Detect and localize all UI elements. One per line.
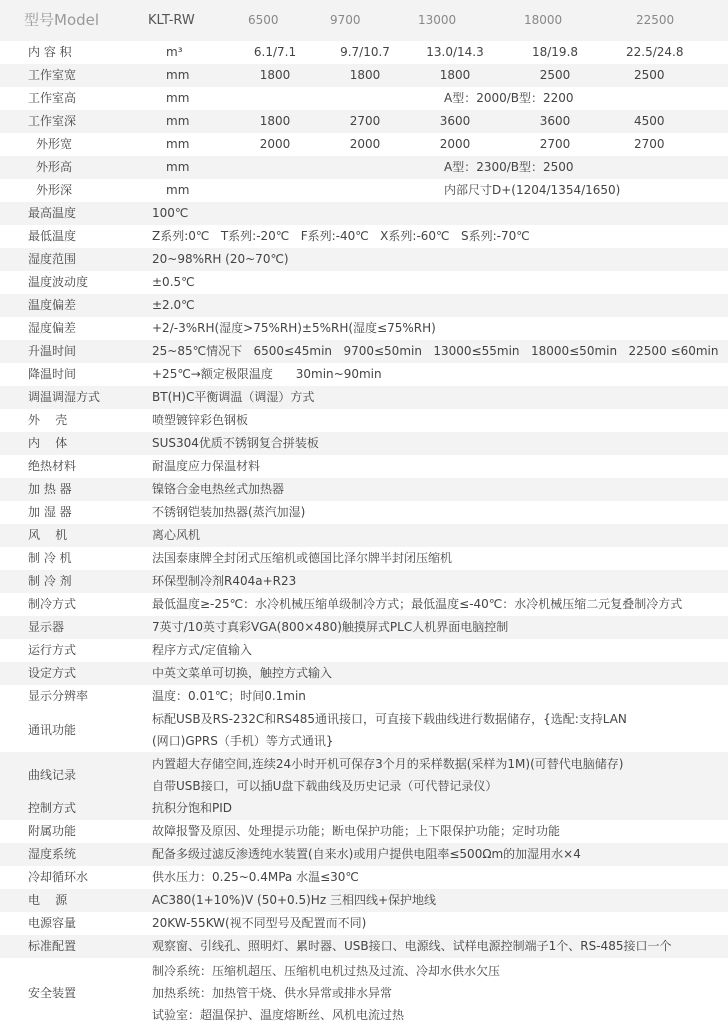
row-label: 降温时间 (0, 363, 146, 386)
row-label: 外形高 (0, 156, 140, 179)
row-value-line: 标配USB及RS-232C和RS485通讯接口，可直接下载曲线进行数据储存，{选… (152, 708, 728, 730)
row-value: 程序方式/定值输入 (146, 639, 728, 662)
cell-value: 2700 (500, 133, 610, 156)
row-label: 通讯功能 (0, 708, 146, 752)
table-row: 风 机离心风机 (0, 524, 728, 547)
table-row: 运行方式程序方式/定值输入 (0, 639, 728, 662)
row-label: 最低温度 (0, 225, 146, 248)
row-value: 抗积分饱和PID (146, 797, 728, 820)
table-header-row: 型号Model KLT-RW 6500 9700 13000 18000 225… (0, 0, 728, 41)
table-row: 温度偏差±2.0℃ (0, 294, 728, 317)
row-label: 工作室高 (0, 87, 140, 110)
spec-rows-group-safety: 安全装置 制冷系统：压缩机超压、压缩机电机过热及过流、冷却水供水欠压 加热系统：… (0, 958, 728, 1025)
cell-value: 2700 (320, 110, 410, 133)
spec-rows-group-2: 控制方式抗积分饱和PID附属功能故障报警及原因、处理提示功能；断电保护功能；上下… (0, 797, 728, 958)
row-value: 镍铬合金电热丝式加热器 (146, 478, 728, 501)
row-value-line: 内置超大存储空间,连续24小时开机可保存3个月的采样数据(采样为1M)(可替代电… (152, 753, 728, 775)
row-value: BT(H)C平衡调温（调湿）方式 (146, 386, 728, 409)
table-row: 内 容 积 m³ 6.1/7.1 9.7/10.7 13.0/14.3 18/1… (0, 41, 728, 64)
row-label: 标准配置 (0, 935, 146, 958)
row-label: 调温调湿方式 (0, 386, 146, 409)
cell-value: 2500 (610, 64, 728, 87)
row-label: 温度偏差 (0, 294, 146, 317)
cell-value: 1800 (230, 64, 320, 87)
row-label: 加 湿 器 (0, 501, 146, 524)
row-unit: mm (140, 133, 230, 156)
row-label: 湿度范围 (0, 248, 146, 271)
cell-value: 3600 (500, 110, 610, 133)
row-value: +2/-3%RH(湿度>75%RH)±5%RH(湿度≤75%RH) (146, 317, 728, 340)
row-label: 曲线记录 (0, 752, 146, 797)
spec-rows-group-comm: 通讯功能 标配USB及RS-232C和RS485通讯接口，可直接下载曲线进行数据… (0, 708, 728, 797)
table-row-comm: 通讯功能 标配USB及RS-232C和RS485通讯接口，可直接下载曲线进行数据… (0, 708, 728, 752)
row-label: 设定方式 (0, 662, 146, 685)
row-value: 配备多级过滤反渗透纯水装置(自来水)或用户提供电阻率≤500Ωm的加湿用水×4 (146, 843, 728, 866)
row-label: 冷却循环水 (0, 866, 146, 889)
spec-rows-group-1: 最高温度100℃最低温度Z系列:0℃ T系列:-20℃ F系列:-40℃ X系列… (0, 202, 728, 708)
table-row: 显示器7英寸/10英寸真彩VGA(800×480)触摸屏式PLC人机界面电脑控制 (0, 616, 728, 639)
row-value: 25~85℃情况下 6500≤45min 9700≤50min 13000≤55… (146, 340, 728, 363)
header-model-22500: 22500 (610, 0, 728, 41)
table-row: 湿度范围20~98%RH (20~70℃) (0, 248, 728, 271)
row-value: +25℃→额定极限温度 30min~90min (146, 363, 728, 386)
table-row: 湿度偏差+2/-3%RH(湿度>75%RH)±5%RH(湿度≤75%RH) (0, 317, 728, 340)
cell-value: 1800 (320, 64, 410, 87)
row-label: 工作室宽 (0, 64, 140, 87)
table-row: 工作室深 mm 1800 2700 3600 3600 4500 (0, 110, 728, 133)
table-row: 冷却循环水供水压力：0.25~0.4MPa 水温≤30℃ (0, 866, 728, 889)
row-value: 20~98%RH (20~70℃) (146, 248, 728, 271)
row-label: 外形深 (0, 179, 140, 202)
row-value: 20KW-55KW(视不同型号及配置而不同) (146, 912, 728, 935)
row-label: 安全装置 (0, 958, 146, 1025)
table-row-curve: 曲线记录 内置超大存储空间,连续24小时开机可保存3个月的采样数据(采样为1M)… (0, 752, 728, 797)
cell-value: 2000 (410, 133, 500, 156)
table-row: 最低温度Z系列:0℃ T系列:-20℃ F系列:-40℃ X系列:-60℃ S系… (0, 225, 728, 248)
cell-value: 2700 (610, 133, 728, 156)
row-value: 环保型制冷剂R404a+R23 (146, 570, 728, 593)
header-model-6500: 6500 (230, 0, 320, 41)
cell-value: 9.7/10.7 (320, 41, 410, 64)
row-label: 湿度系统 (0, 843, 146, 866)
spec-detail-table: 最高温度100℃最低温度Z系列:0℃ T系列:-20℃ F系列:-40℃ X系列… (0, 202, 728, 1025)
cell-value: 2000 (320, 133, 410, 156)
table-row: 标准配置观察窗、引线孔、照明灯、累时器、USB接口、电源线、试样电源控制端子1个… (0, 935, 728, 958)
row-label: 工作室深 (0, 110, 140, 133)
table-row: 升温时间25~85℃情况下 6500≤45min 9700≤50min 1300… (0, 340, 728, 363)
cell-value: 13.0/14.3 (410, 41, 500, 64)
row-value: 故障报警及原因、处理提示功能；断电保护功能；上下限保护功能；定时功能 (146, 820, 728, 843)
row-value: 7英寸/10英寸真彩VGA(800×480)触摸屏式PLC人机界面电脑控制 (146, 616, 728, 639)
table-row: 内 体SUS304优质不锈钢复合拼装板 (0, 432, 728, 455)
row-label: 控制方式 (0, 797, 146, 820)
table-row: 制 冷 机法国泰康牌全封闭式压缩机或德国比泽尔牌半封闭压缩机 (0, 547, 728, 570)
row-value: 100℃ (146, 202, 728, 225)
row-label: 附属功能 (0, 820, 146, 843)
table-row: 显示分辨率温度：0.01℃；时间0.1min (0, 685, 728, 708)
table-row: 加 湿 器不锈钢铠装加热器(蒸汽加湿) (0, 501, 728, 524)
row-value: 喷塑镀锌彩色钢板 (146, 409, 728, 432)
row-label: 内 体 (0, 432, 146, 455)
table-row: 外形高 mm A型：2300/B型：2500 (0, 156, 728, 179)
row-value: 温度：0.01℃；时间0.1min (146, 685, 728, 708)
row-label: 外形宽 (0, 133, 140, 156)
header-label: 型号Model (0, 0, 140, 41)
table-row-safety: 安全装置 制冷系统：压缩机超压、压缩机电机过热及过流、冷却水供水欠压 加热系统：… (0, 958, 728, 1025)
table-row: 制冷方式最低温度≥-25℃：水冷机械压缩单级制冷方式；最低温度≤-40℃：水冷机… (0, 593, 728, 616)
row-label: 显示分辨率 (0, 685, 146, 708)
row-label: 升温时间 (0, 340, 146, 363)
row-value: 最低温度≥-25℃：水冷机械压缩单级制冷方式；最低温度≤-40℃：水冷机械压缩二… (146, 593, 728, 616)
row-label: 制 冷 剂 (0, 570, 146, 593)
row-label: 温度波动度 (0, 271, 146, 294)
row-value: 不锈钢铠装加热器(蒸汽加湿) (146, 501, 728, 524)
table-row: 绝热材料耐温度应力保温材料 (0, 455, 728, 478)
row-value: ±2.0℃ (146, 294, 728, 317)
row-label: 风 机 (0, 524, 146, 547)
row-unit: m³ (140, 41, 230, 64)
cell-value: 3600 (410, 110, 500, 133)
cell-value: 2500 (500, 64, 610, 87)
table-row: 电 源AC380(1+10%)V (50+0.5)Hz 三相四线+保护地线 (0, 889, 728, 912)
row-label: 电 源 (0, 889, 146, 912)
row-label: 显示器 (0, 616, 146, 639)
table-row: 设定方式中英文菜单可切换，触控方式输入 (0, 662, 728, 685)
row-value-line: (网口)GPRS（手机）等方式通讯} (152, 730, 728, 752)
row-label: 绝热材料 (0, 455, 146, 478)
table-row: 外形宽 mm 2000 2000 2000 2700 2700 (0, 133, 728, 156)
spec-table: 型号Model KLT-RW 6500 9700 13000 18000 225… (0, 0, 728, 202)
row-value: 耐温度应力保温材料 (146, 455, 728, 478)
row-value: AC380(1+10%)V (50+0.5)Hz 三相四线+保护地线 (146, 889, 728, 912)
cell-value: 18/19.8 (500, 41, 610, 64)
row-value: 标配USB及RS-232C和RS485通讯接口，可直接下载曲线进行数据储存，{选… (146, 708, 728, 752)
header-model-9700: 9700 (320, 0, 410, 41)
header-model-13000: 13000 (410, 0, 500, 41)
cell-value: 1800 (230, 110, 320, 133)
row-value-line: 试验室：超温保护、温度熔断丝、风机电流过热 (152, 1004, 728, 1025)
cell-value: 22.5/24.8 (610, 41, 728, 64)
row-label: 内 容 积 (0, 41, 140, 64)
table-row: 附属功能故障报警及原因、处理提示功能；断电保护功能；上下限保护功能；定时功能 (0, 820, 728, 843)
row-value: 内置超大存储空间,连续24小时开机可保存3个月的采样数据(采样为1M)(可替代电… (146, 752, 728, 797)
row-value: 观察窗、引线孔、照明灯、累时器、USB接口、电源线、试样电源控制端子1个、RS-… (146, 935, 728, 958)
cell-value: 2000 (230, 133, 320, 156)
table-row: 加 热 器镍铬合金电热丝式加热器 (0, 478, 728, 501)
cell-span-value: 内部尺寸D+(1204/1354/1650) (230, 179, 728, 202)
row-label: 运行方式 (0, 639, 146, 662)
row-value: 制冷系统：压缩机超压、压缩机电机过热及过流、冷却水供水欠压 加热系统：加热管干烧… (146, 958, 728, 1025)
table-row: 湿度系统配备多级过滤反渗透纯水装置(自来水)或用户提供电阻率≤500Ωm的加湿用… (0, 843, 728, 866)
row-value: 供水压力：0.25~0.4MPa 水温≤30℃ (146, 866, 728, 889)
row-unit: mm (140, 87, 230, 110)
row-label: 最高温度 (0, 202, 146, 225)
table-row: 降温时间+25℃→额定极限温度 30min~90min (0, 363, 728, 386)
table-row: 外形深 mm 内部尺寸D+(1204/1354/1650) (0, 179, 728, 202)
row-label: 加 热 器 (0, 478, 146, 501)
cell-value: 1800 (410, 64, 500, 87)
row-value: SUS304优质不锈钢复合拼装板 (146, 432, 728, 455)
table-row: 工作室宽 mm 1800 1800 1800 2500 2500 (0, 64, 728, 87)
table-row: 温度波动度±0.5℃ (0, 271, 728, 294)
table-row: 制 冷 剂环保型制冷剂R404a+R23 (0, 570, 728, 593)
row-unit: mm (140, 110, 230, 133)
cell-span-value: A型：2000/B型：2200 (230, 87, 728, 110)
cell-value: 4500 (610, 110, 728, 133)
table-row: 电源容量20KW-55KW(视不同型号及配置而不同) (0, 912, 728, 935)
row-label: 制冷方式 (0, 593, 146, 616)
row-label: 电源容量 (0, 912, 146, 935)
row-label: 湿度偏差 (0, 317, 146, 340)
header-model-18000: 18000 (500, 0, 610, 41)
row-value: 离心风机 (146, 524, 728, 547)
table-row: 调温调湿方式BT(H)C平衡调温（调湿）方式 (0, 386, 728, 409)
row-value: 法国泰康牌全封闭式压缩机或德国比泽尔牌半封闭压缩机 (146, 547, 728, 570)
cell-value: 6.1/7.1 (230, 41, 320, 64)
table-row: 外 壳喷塑镀锌彩色钢板 (0, 409, 728, 432)
row-label: 外 壳 (0, 409, 146, 432)
table-row: 控制方式抗积分饱和PID (0, 797, 728, 820)
header-model-code: KLT-RW (140, 0, 230, 41)
row-value-line: 制冷系统：压缩机超压、压缩机电机过热及过流、冷却水供水欠压 (152, 960, 728, 982)
row-unit: mm (140, 156, 230, 179)
row-unit: mm (140, 179, 230, 202)
row-value: Z系列:0℃ T系列:-20℃ F系列:-40℃ X系列:-60℃ S系列:-7… (146, 225, 728, 248)
table-row: 工作室高 mm A型：2000/B型：2200 (0, 87, 728, 110)
table-row: 最高温度100℃ (0, 202, 728, 225)
row-value-line: 加热系统：加热管干烧、供水异常或排水异常 (152, 982, 728, 1004)
row-value-line: 自带USB接口，可以插U盘下载曲线及历史记录（可代替记录仪） (152, 775, 728, 797)
row-value: 中英文菜单可切换，触控方式输入 (146, 662, 728, 685)
row-label: 制 冷 机 (0, 547, 146, 570)
cell-span-value: A型：2300/B型：2500 (230, 156, 728, 179)
row-unit: mm (140, 64, 230, 87)
row-value: ±0.5℃ (146, 271, 728, 294)
